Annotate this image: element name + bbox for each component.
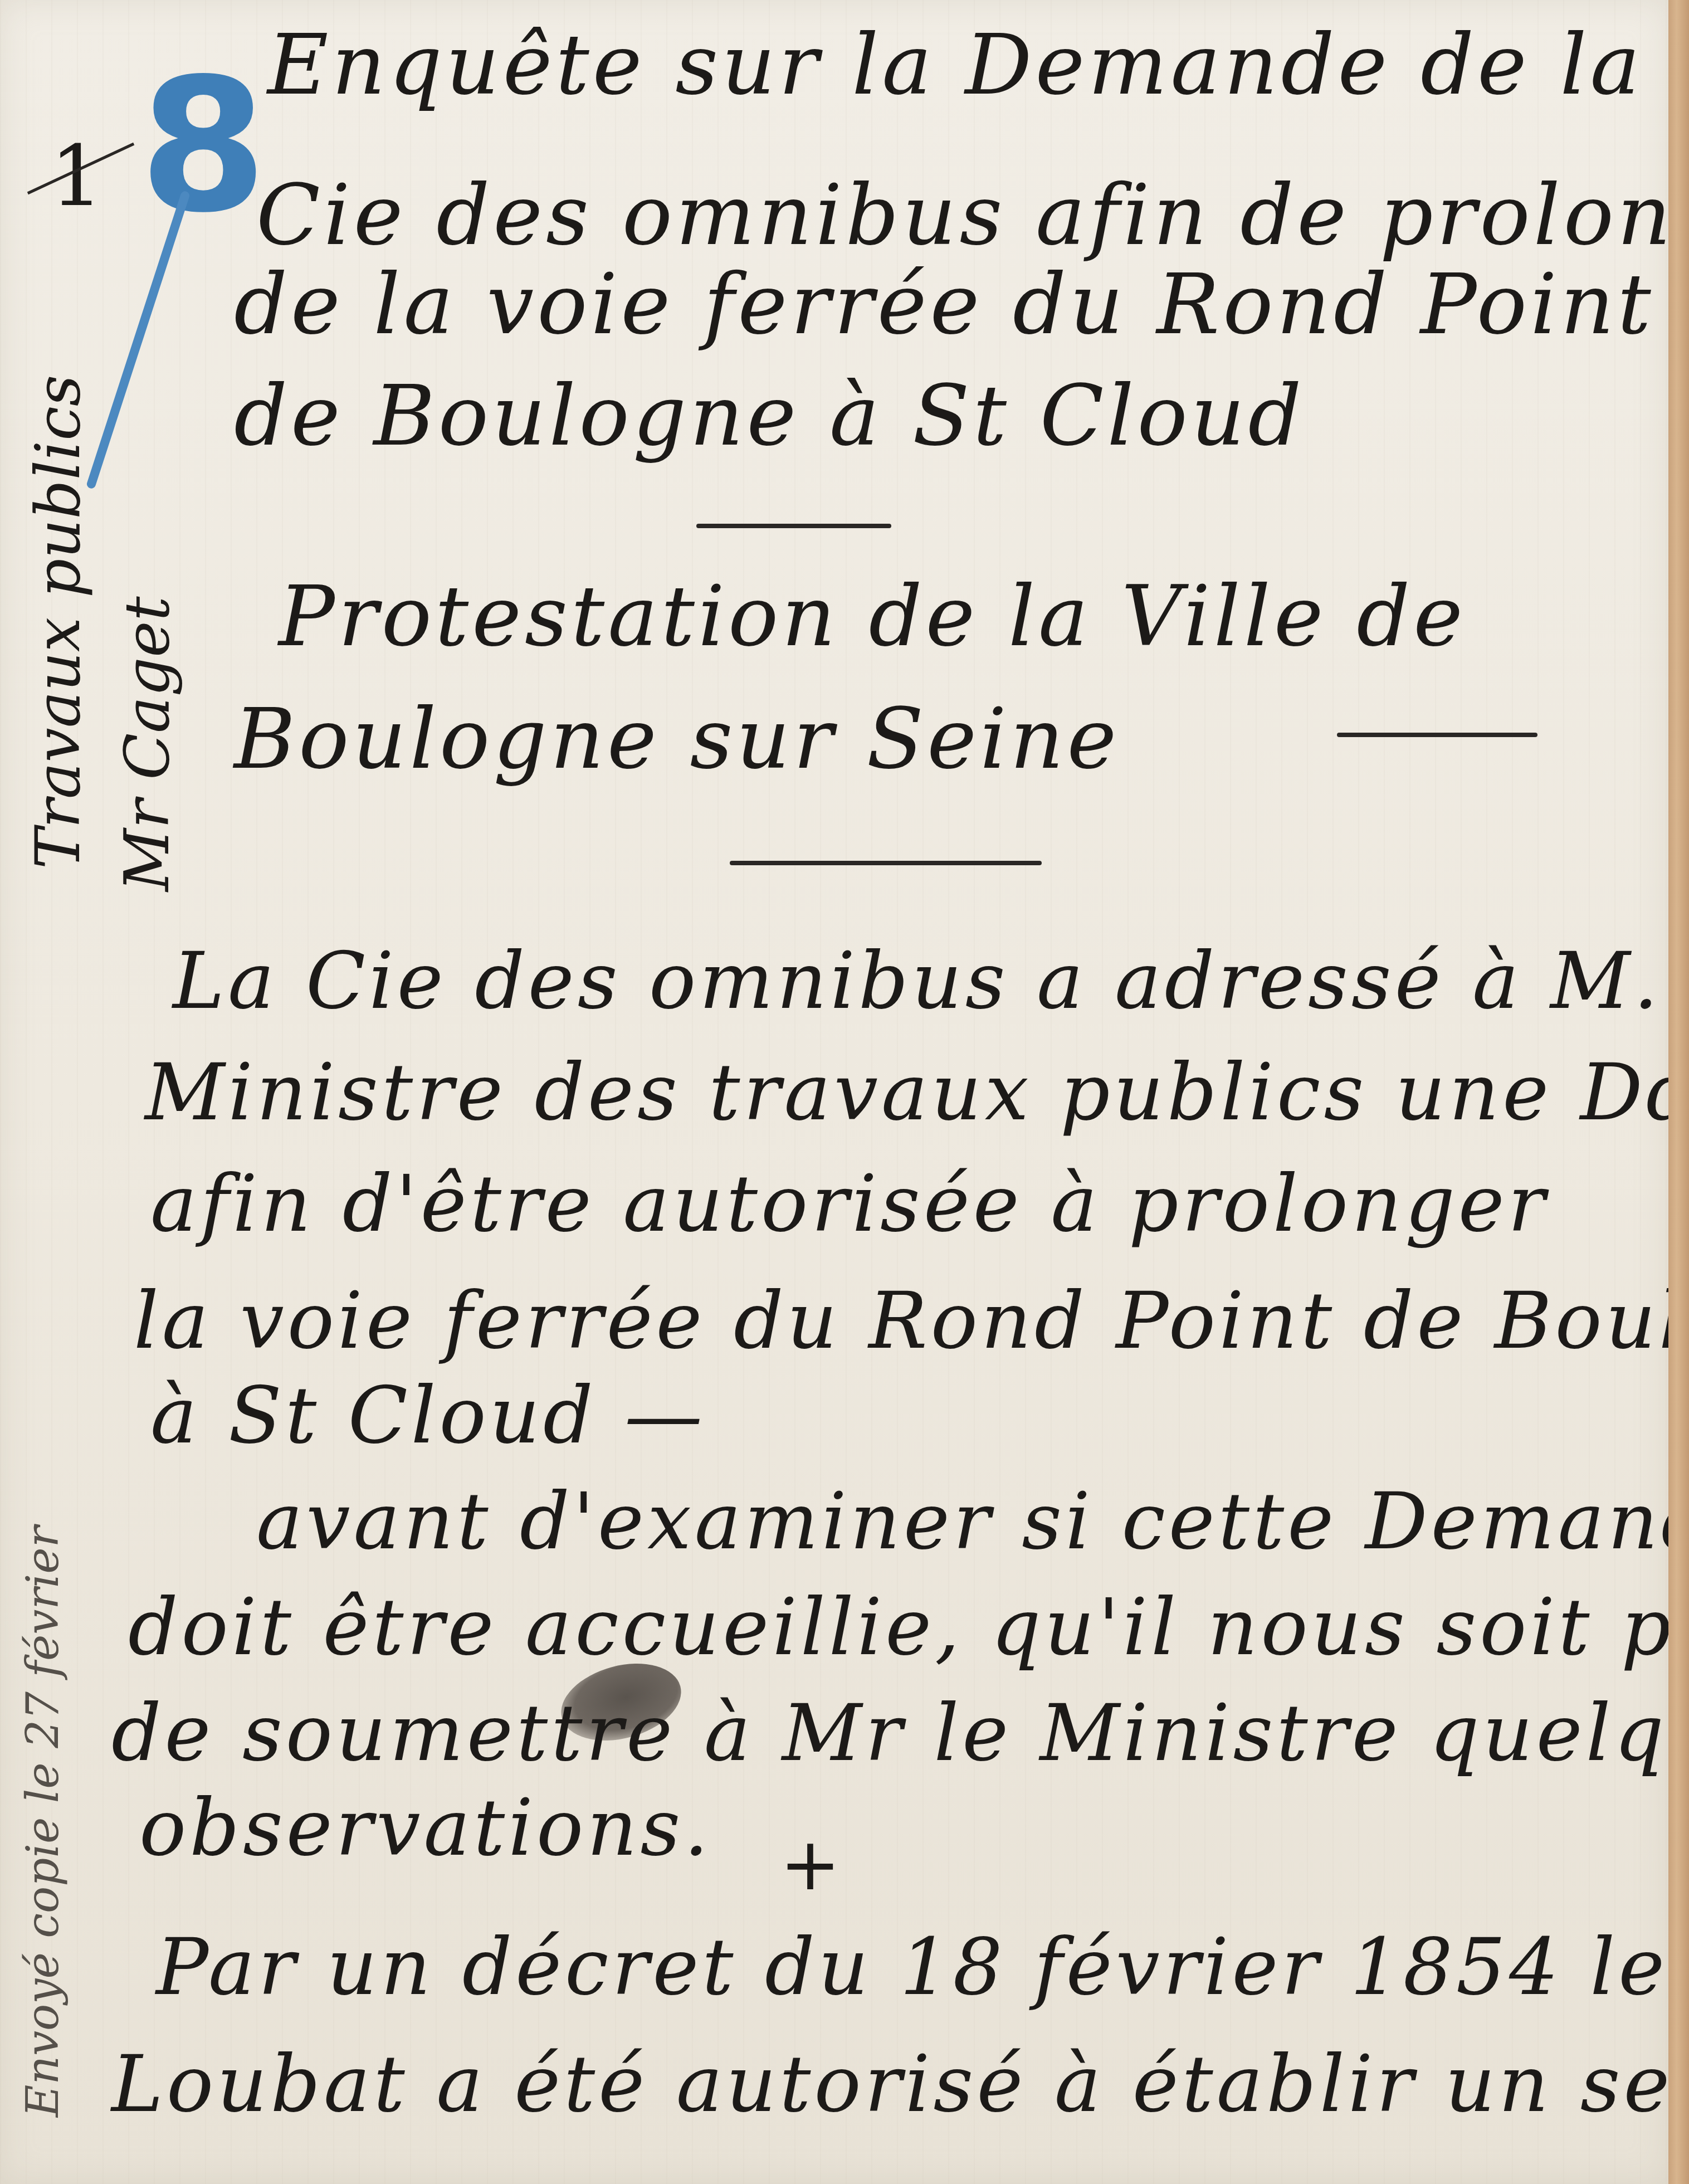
body-line-4: la voie ferrée du Rond Point de Boulogne xyxy=(134,1276,1689,1367)
title-line-2: Cie des omnibus afin de prolongement xyxy=(256,167,1689,264)
margin-note-travaux-publics: Travaux publics xyxy=(22,375,94,869)
body-line-6: avant d'examiner si cette Demande xyxy=(256,1476,1689,1567)
margin-note-author: Mr Caget xyxy=(111,596,183,891)
body-line-7: doit être accueillie, qu'il nous soit pe… xyxy=(128,1582,1689,1673)
section-separator xyxy=(730,861,1042,865)
margin-note-copy-sent: Envoyé copie le 27 février xyxy=(17,1526,69,2117)
body-line-3: afin d'être autorisée à prolonger xyxy=(150,1159,1549,1250)
section-cross-mark: + xyxy=(780,1822,841,1907)
manuscript-page: 1 8 Travaux publics Mr Caget Envoyé copi… xyxy=(0,0,1668,2184)
closing-line-2: Loubat a été autorisé à établir un servi… xyxy=(111,2039,1689,2130)
subtitle-line-1: Protestation de la Ville de xyxy=(279,568,1466,665)
subtitle-trailing-dash xyxy=(1337,733,1537,737)
subtitle-line-2: Boulogne sur Seine xyxy=(234,691,1120,788)
body-line-5: à St Cloud — xyxy=(150,1371,706,1461)
title-separator xyxy=(696,524,891,528)
title-line-1: Enquête sur la Demande de la xyxy=(267,17,1643,114)
folio-number: 1 xyxy=(50,128,103,225)
closing-line-1: Par un décret du 18 février 1854 le Sr xyxy=(156,1922,1689,2013)
body-line-8: de soumettre à Mr le Ministre quelques xyxy=(111,1688,1689,1779)
body-line-1: La Cie des omnibus a adressé à M. le xyxy=(173,936,1689,1027)
blue-pencil-stroke xyxy=(86,190,191,490)
body-line-2: Ministre des travaux publics une Dde xyxy=(145,1047,1689,1138)
blue-pencil-number: 8 xyxy=(139,39,267,253)
title-line-4: de Boulogne à St Cloud xyxy=(234,368,1305,465)
body-line-9: observations. xyxy=(139,1783,712,1874)
title-line-3: de la voie ferrée du Rond Point xyxy=(234,256,1654,353)
page-edge-background xyxy=(1668,0,1689,2184)
